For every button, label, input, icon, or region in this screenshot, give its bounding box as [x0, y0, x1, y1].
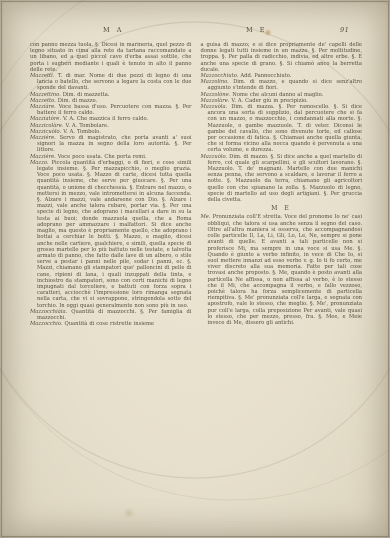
- entry-body: con panno mezza tuola. §. Dicesi in mari…: [30, 42, 192, 73]
- right-column: a guisa di mazzo; e si dice propriamente…: [201, 42, 363, 327]
- entry-body: Voce bassa d'uso. Percuotere con mazza. …: [37, 104, 192, 116]
- entry-headword: Mazziatòre.: [30, 116, 61, 122]
- entry-body: T. di mar. Nome di due pezzi di legno di…: [37, 73, 192, 91]
- entry-body: Quantità di cose ristrette insieme: [64, 321, 154, 327]
- entry-body: Servo di magistrato, che porta avanti a'…: [37, 135, 192, 153]
- entry-headword: Mazzolino.: [201, 79, 229, 85]
- dictionary-entry: Mazzocchio. Quantità di cose ristrette i…: [30, 321, 192, 327]
- text-columns: con panno mezza tuola. §. Dicesi in mari…: [30, 42, 362, 327]
- dictionary-entry: Mazzolino. Dim. di mazzo, e quando si di…: [201, 79, 363, 91]
- running-head-left: M A: [103, 26, 124, 34]
- entry-headword: Mazzolàre.: [201, 98, 230, 104]
- entry-headword: Mazzocchiàia.: [30, 309, 67, 315]
- paper-stain: [122, 508, 136, 518]
- running-head-right: M E: [246, 26, 267, 34]
- entry-headword: Mazzolòne.: [201, 92, 231, 98]
- dictionary-entry: a guisa di mazzo; e si dice propriamente…: [201, 42, 363, 73]
- page-number: 91: [340, 26, 349, 34]
- running-head-row: M A M E 91: [0, 26, 390, 36]
- entry-headword: Me.: [201, 214, 211, 220]
- entry-headword: Mazzuòlo.: [201, 154, 228, 160]
- entry-headword: Mazzetti.: [30, 73, 54, 79]
- entry-body: Pronunziata coll'E stretta. Voce del pro…: [208, 214, 363, 325]
- dictionary-entry: Mazzuòla. Dim. di mazza. §. Per ramoscel…: [201, 104, 363, 154]
- entry-body: Add. Pannocchiuto.: [240, 73, 291, 79]
- entry-body: Nome che alcuni danno al maglio.: [232, 92, 323, 98]
- entry-body: V. A. Che mazzica il ferro caldo.: [63, 116, 148, 122]
- page-scan: M A M E 91 con panno mezza tuola. §. Dic…: [0, 0, 390, 538]
- entry-body: Dim. di mazza. §. Per ramoscello. §. Si …: [208, 104, 363, 153]
- entry-body: Dim. di mazzo.: [58, 98, 97, 104]
- entry-headword: Mazzière.: [30, 154, 56, 160]
- left-column: con panno mezza tuola. §. Dicesi in mari…: [30, 42, 192, 327]
- entry-headword: Mazzocchiuto.: [201, 73, 239, 79]
- entry-body: V. A. Tombolare.: [65, 123, 108, 129]
- entry-body: V. A. Tombolo.: [63, 129, 101, 135]
- entry-body: a guisa di mazzo; e si dice propriamente…: [201, 42, 363, 73]
- entry-body: V. A. Cader giù in precipizio.: [231, 98, 307, 104]
- dictionary-entry: Mazzière. Servo di magistrato, che porta…: [30, 135, 192, 154]
- entry-body: Piccola quantità d'erbaggi, o di fiori, …: [37, 160, 192, 309]
- dictionary-entry: Mazzetti. T. di mar. Nome di due pezzi d…: [30, 73, 192, 92]
- dictionary-entry: Mazzocchiàia. Quantità di mazzocchi. §. …: [30, 309, 192, 321]
- entry-headword: Mazzuòla.: [201, 104, 228, 110]
- dictionary-entry: Mazzo. Piccola quantità d'erbaggi, o di …: [30, 160, 192, 309]
- dictionary-entry: Mazziàre. Voce bassa d'uso. Percuotere c…: [30, 104, 192, 116]
- entry-headword: Mazzicolàre.: [30, 123, 64, 129]
- entry-headword: Mazzettino.: [30, 92, 61, 98]
- entry-headword: Mazzicuòlo.: [30, 129, 61, 135]
- dictionary-entry: con panno mezza tuola. §. Dicesi in mari…: [30, 42, 192, 73]
- dictionary-entry: Mazzuòlo. Dim. di mazzo. §. Si dice anch…: [201, 154, 363, 204]
- entry-body: Dim. di mazzetta.: [63, 92, 110, 98]
- entry-headword: Mazzetto.: [30, 98, 56, 104]
- entry-body: Voce poco usata. Che porta remi.: [58, 154, 147, 160]
- entry-headword: Mazziàre.: [30, 104, 56, 110]
- entry-headword: Mazzocchio.: [30, 321, 63, 327]
- entry-body: Dim. di mazzo. §. Si dice anche a quel m…: [208, 154, 363, 203]
- entry-body: Dim. di mazzo, e quando si dice senz'alt…: [208, 79, 363, 91]
- entry-headword: Mazzo.: [30, 160, 49, 166]
- section-header: M E: [201, 206, 363, 212]
- dictionary-entry: Me. Pronunziata coll'E stretta. Voce del…: [201, 214, 363, 326]
